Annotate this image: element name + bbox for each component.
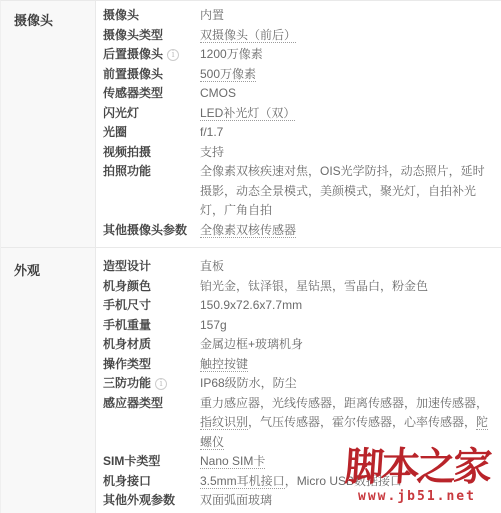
spec-label-text: 视频拍摄	[103, 145, 151, 159]
spec-value: 铂光金，钛泽银，星钻黑，雪晶白，粉金色	[200, 277, 491, 297]
spec-label-text: 传感器类型	[103, 86, 163, 100]
spec-value: 157g	[200, 316, 491, 336]
spec-label-text: 其他摄像头参数	[103, 223, 187, 237]
glossary-term[interactable]: 触控按键	[200, 357, 248, 372]
spec-value: 支持	[200, 143, 491, 163]
info-icon[interactable]	[167, 49, 179, 61]
spec-row: 造型设计直板	[103, 257, 491, 277]
spec-label-text: 闪光灯	[103, 106, 139, 120]
spec-label-text: 手机尺寸	[103, 298, 151, 312]
spec-row: 手机重量157g	[103, 316, 491, 336]
spec-value-text: 157g	[200, 318, 227, 332]
spec-row: 后置摄像头1200万像素	[103, 45, 491, 65]
spec-value-text: 150.9x72.6x7.7mm	[200, 298, 302, 312]
spec-row: 机身材质金属边框+玻璃机身	[103, 335, 491, 355]
spec-value: IP68级防水，防尘	[200, 374, 491, 394]
spec-row: 摄像头类型双摄像头（前后）	[103, 26, 491, 46]
glossary-term[interactable]: 3.5mm耳机接口	[200, 474, 285, 489]
spec-label: 后置摄像头	[103, 45, 200, 65]
spec-label: 机身颜色	[103, 277, 200, 297]
spec-value: 金属边框+玻璃机身	[200, 335, 491, 355]
spec-row: 视频拍摄支持	[103, 143, 491, 163]
spec-label-text: SIM卡类型	[103, 454, 160, 468]
spec-label-text: 三防功能	[103, 376, 151, 390]
spec-label: 前置摄像头	[103, 65, 200, 85]
spec-label-text: 操作类型	[103, 357, 151, 371]
section-rows-appearance: 造型设计直板机身颜色铂光金，钛泽银，星钻黑，雪晶白，粉金色手机尺寸150.9x7…	[96, 248, 501, 513]
spec-label: 传感器类型	[103, 84, 200, 104]
spec-label: 手机尺寸	[103, 296, 200, 316]
spec-value-text: ，气压传感器，霍尔传感器，心率传感器，	[248, 415, 476, 429]
spec-value: LED补光灯（双）	[200, 104, 491, 124]
spec-label-text: 摄像头类型	[103, 28, 163, 42]
glossary-term[interactable]: LED补光灯（双）	[200, 106, 295, 121]
spec-label: 机身材质	[103, 335, 200, 355]
spec-value-text: f/1.7	[200, 125, 223, 139]
glossary-term[interactable]: Nano SIM卡	[200, 454, 265, 469]
spec-row: 光圈f/1.7	[103, 123, 491, 143]
spec-value: Nano SIM卡	[200, 452, 491, 472]
spec-label: 三防功能	[103, 374, 200, 394]
spec-label: SIM卡类型	[103, 452, 200, 472]
spec-value: 触控按键	[200, 355, 491, 375]
spec-row: 手机尺寸150.9x72.6x7.7mm	[103, 296, 491, 316]
spec-row: 传感器类型CMOS	[103, 84, 491, 104]
section-title-camera: 摄像头	[1, 1, 96, 247]
glossary-term[interactable]: 全像素双核传感器	[200, 223, 296, 238]
spec-label-text: 光圈	[103, 125, 127, 139]
spec-row: SIM卡类型Nano SIM卡	[103, 452, 491, 472]
spec-label-text: 其他外观参数	[103, 493, 175, 507]
spec-label-text: 机身颜色	[103, 279, 151, 293]
spec-label-text: 后置摄像头	[103, 47, 163, 61]
spec-label: 摄像头类型	[103, 26, 200, 46]
section-camera: 摄像头 摄像头内置摄像头类型双摄像头（前后）后置摄像头1200万像素前置摄像头5…	[1, 1, 501, 247]
spec-row: 感应器类型重力感应器，光线传感器，距离传感器，加速传感器，指纹识别，气压传感器，…	[103, 394, 491, 453]
section-title-appearance: 外观	[1, 248, 96, 513]
spec-label-text: 机身材质	[103, 337, 151, 351]
spec-row: 操作类型触控按键	[103, 355, 491, 375]
spec-label: 视频拍摄	[103, 143, 200, 163]
spec-label: 机身接口	[103, 472, 200, 492]
spec-value-text: 支持	[200, 145, 224, 159]
spec-row: 机身接口3.5mm耳机接口，Micro USB数据接口	[103, 472, 491, 492]
spec-label-text: 摄像头	[103, 8, 139, 22]
spec-label: 其他摄像头参数	[103, 221, 200, 241]
glossary-term[interactable]: 指纹识别	[200, 415, 248, 430]
spec-label-text: 拍照功能	[103, 164, 151, 178]
spec-value-text: 铂光金，钛泽银，星钻黑，雪晶白，粉金色	[200, 279, 428, 293]
spec-value-text: IP68级防水，防尘	[200, 376, 297, 390]
spec-value-text: 全像素双核疾速对焦，OIS光学防抖，动态照片，延时摄影，动态全景模式，美颜模式，…	[200, 164, 485, 217]
spec-value: 500万像素	[200, 65, 491, 85]
spec-value: 3.5mm耳机接口，Micro USB数据接口	[200, 472, 491, 492]
section-appearance: 外观 造型设计直板机身颜色铂光金，钛泽银，星钻黑，雪晶白，粉金色手机尺寸150.…	[1, 247, 501, 513]
spec-label: 拍照功能	[103, 162, 200, 221]
spec-label-text: 感应器类型	[103, 396, 163, 410]
spec-value-text: CMOS	[200, 86, 236, 100]
spec-row: 前置摄像头500万像素	[103, 65, 491, 85]
spec-label: 操作类型	[103, 355, 200, 375]
spec-label: 感应器类型	[103, 394, 200, 453]
spec-row: 其他外观参数双面弧面玻璃	[103, 491, 491, 511]
spec-label: 手机重量	[103, 316, 200, 336]
spec-value: 双摄像头（前后）	[200, 26, 491, 46]
spec-value: 1200万像素	[200, 45, 491, 65]
spec-row: 三防功能IP68级防水，防尘	[103, 374, 491, 394]
spec-label-text: 造型设计	[103, 259, 151, 273]
spec-row: 其他摄像头参数全像素双核传感器	[103, 221, 491, 241]
spec-value: 全像素双核传感器	[200, 221, 491, 241]
spec-value-text: 1200万像素	[200, 47, 263, 61]
spec-value-text: 金属边框+玻璃机身	[200, 337, 303, 351]
spec-value: 重力感应器，光线传感器，距离传感器，加速传感器，指纹识别，气压传感器，霍尔传感器…	[200, 394, 491, 453]
spec-value-text: ，Micro USB数据接口	[285, 474, 402, 488]
spec-row: 摄像头内置	[103, 6, 491, 26]
spec-label: 造型设计	[103, 257, 200, 277]
spec-value-text: 双面弧面玻璃	[200, 493, 272, 507]
spec-row: 闪光灯LED补光灯（双）	[103, 104, 491, 124]
spec-value-text: 内置	[200, 8, 224, 22]
spec-label: 摄像头	[103, 6, 200, 26]
spec-value: f/1.7	[200, 123, 491, 143]
spec-value: 双面弧面玻璃	[200, 491, 491, 511]
section-rows-camera: 摄像头内置摄像头类型双摄像头（前后）后置摄像头1200万像素前置摄像头500万像…	[96, 1, 501, 247]
spec-value: 全像素双核疾速对焦，OIS光学防抖，动态照片，延时摄影，动态全景模式，美颜模式，…	[200, 162, 491, 221]
spec-row: 拍照功能全像素双核疾速对焦，OIS光学防抖，动态照片，延时摄影，动态全景模式，美…	[103, 162, 491, 221]
spec-value: 直板	[200, 257, 491, 277]
spec-label-text: 前置摄像头	[103, 67, 163, 81]
phone-spec-table: 摄像头 摄像头内置摄像头类型双摄像头（前后）后置摄像头1200万像素前置摄像头5…	[0, 0, 501, 513]
glossary-term[interactable]: 500万像素	[200, 67, 256, 82]
spec-label: 闪光灯	[103, 104, 200, 124]
spec-value-text: 直板	[200, 259, 224, 273]
spec-value: 150.9x72.6x7.7mm	[200, 296, 491, 316]
spec-value: 内置	[200, 6, 491, 26]
info-icon[interactable]	[155, 378, 167, 390]
spec-row: 机身颜色铂光金，钛泽银，星钻黑，雪晶白，粉金色	[103, 277, 491, 297]
spec-label-text: 机身接口	[103, 474, 151, 488]
glossary-term[interactable]: 双摄像头（前后）	[200, 28, 296, 43]
spec-label: 其他外观参数	[103, 491, 200, 511]
spec-value-text: 重力感应器，光线传感器，距离传感器，加速传感器，	[200, 396, 488, 410]
spec-label: 光圈	[103, 123, 200, 143]
spec-value: CMOS	[200, 84, 491, 104]
spec-label-text: 手机重量	[103, 318, 151, 332]
